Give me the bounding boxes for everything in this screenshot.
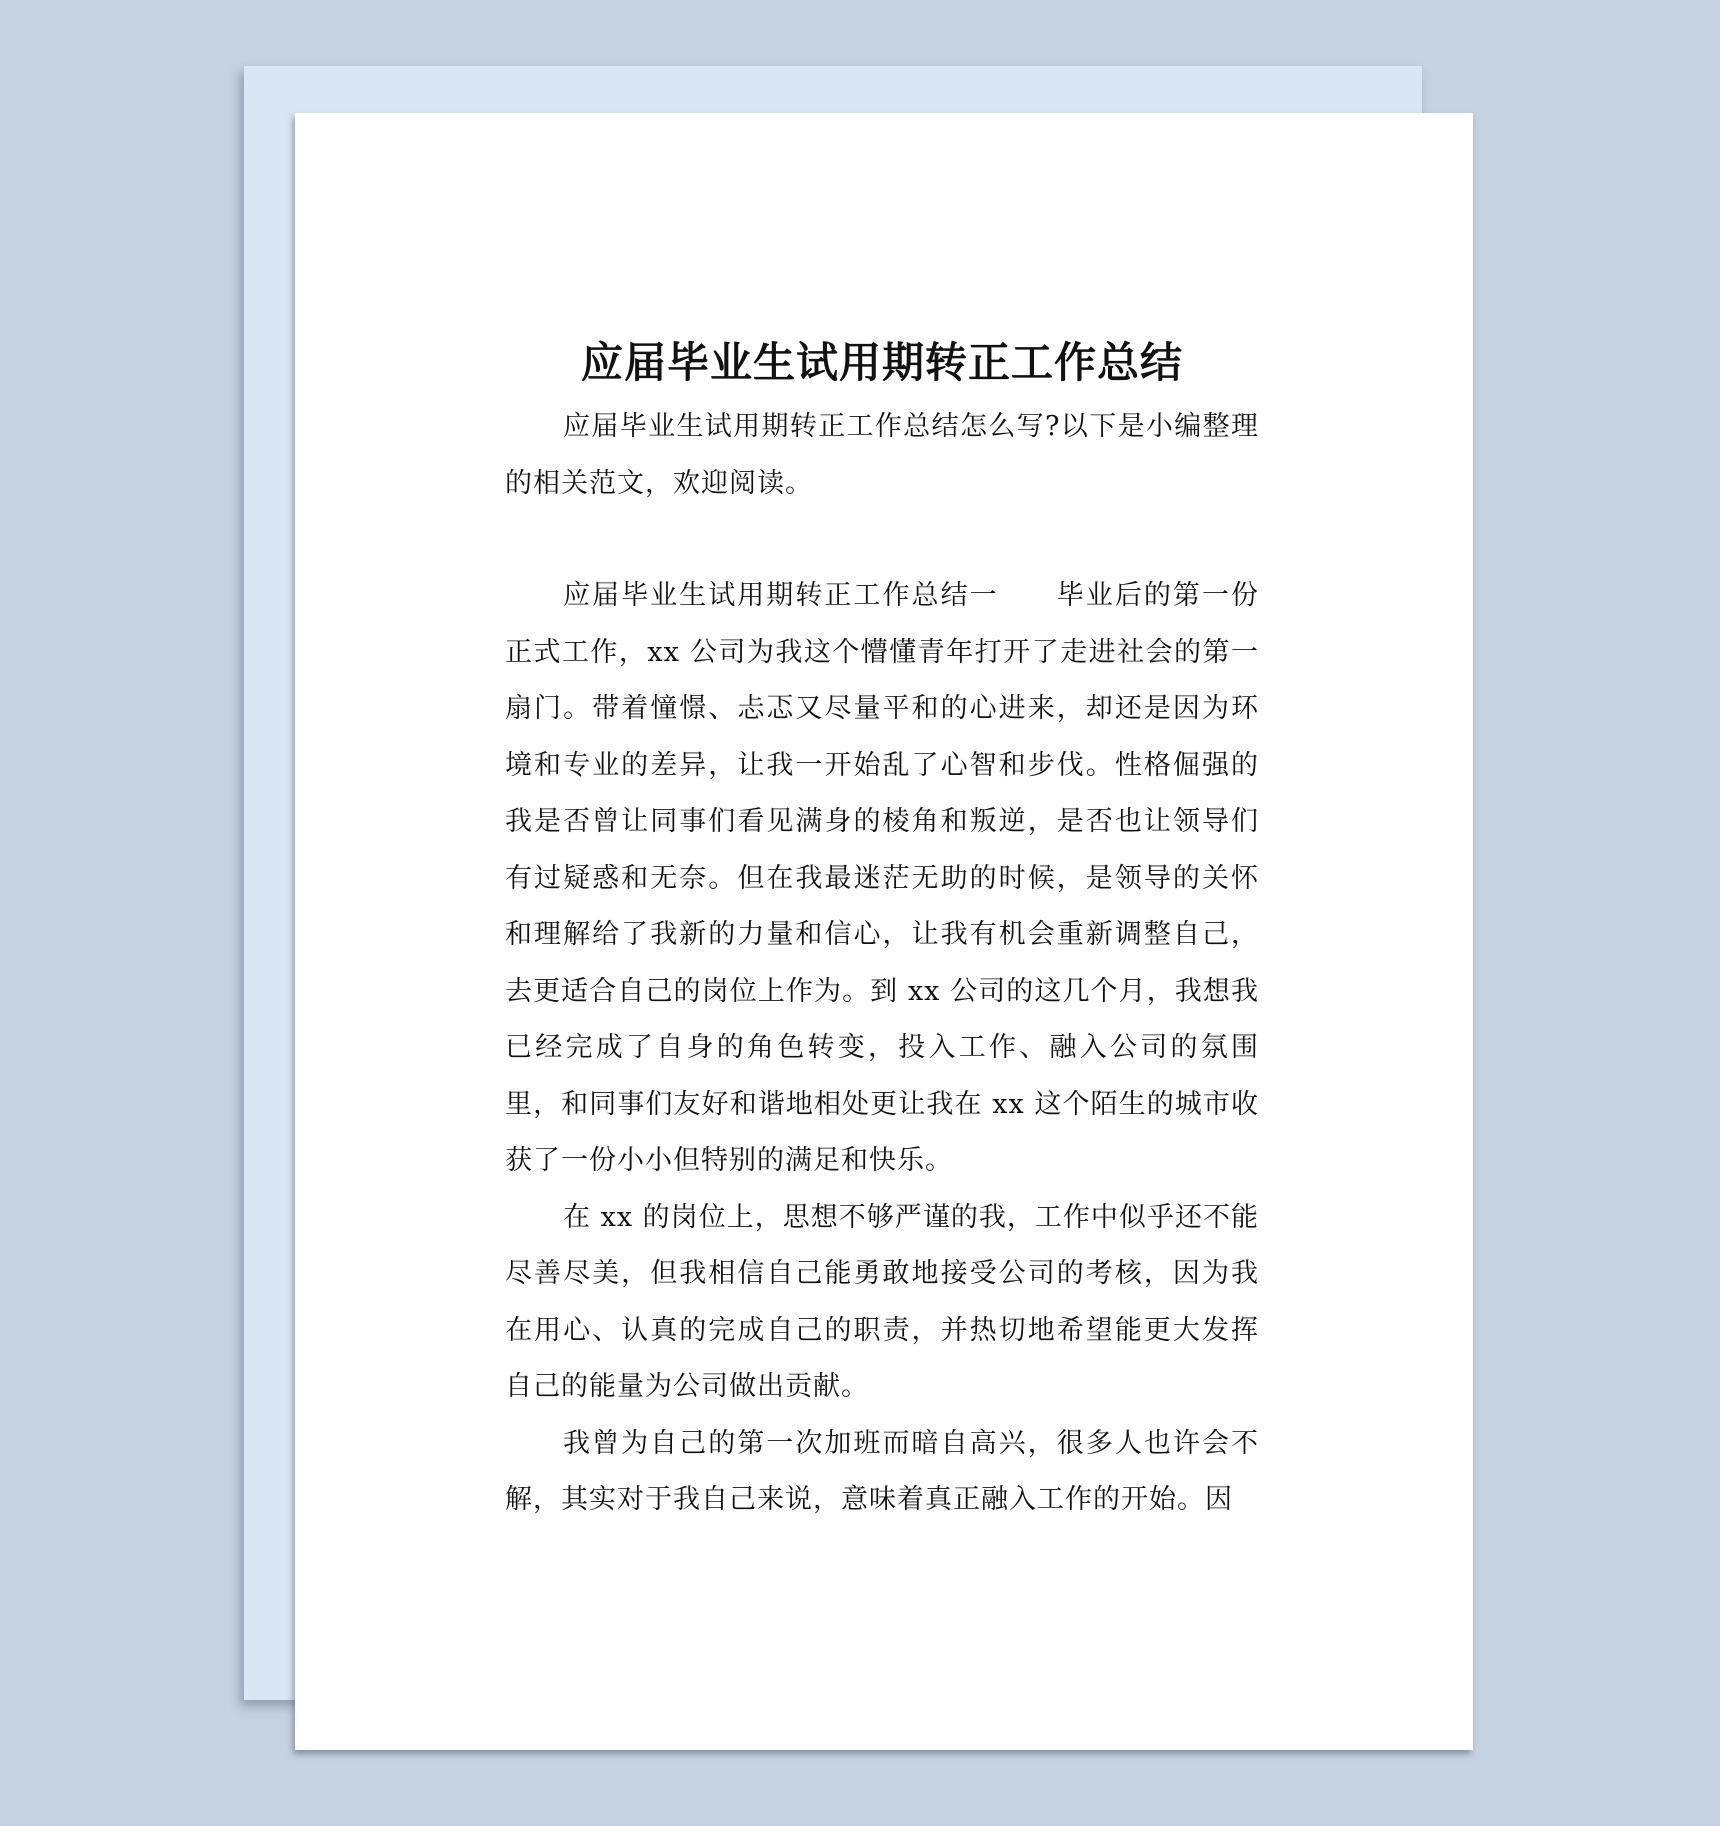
blank-line	[505, 512, 1259, 568]
intro-paragraph: 应届毕业生试用期转正工作总结怎么写?以下是小编整理的相关范文，欢迎阅读。	[505, 399, 1259, 512]
document-body: 应届毕业生试用期转正工作总结 应届毕业生试用期转正工作总结怎么写?以下是小编整理…	[505, 335, 1259, 1529]
document-title: 应届毕业生试用期转正工作总结	[505, 335, 1259, 391]
body-paragraph-3: 我曾为自己的第一次加班而暗自高兴，很多人也许会不解，其实对于我自己来说，意味着真…	[505, 1416, 1259, 1529]
body-paragraph-1: 应届毕业生试用期转正工作总结一 毕业后的第一份正式工作，xx 公司为我这个懵懂青…	[505, 568, 1259, 1190]
body-paragraph-2: 在 xx 的岗位上，思想不够严谨的我，工作中似乎还不能尽善尽美，但我相信自己能勇…	[505, 1190, 1259, 1416]
front-page-sheet: 应届毕业生试用期转正工作总结 应届毕业生试用期转正工作总结怎么写?以下是小编整理…	[295, 113, 1473, 1750]
